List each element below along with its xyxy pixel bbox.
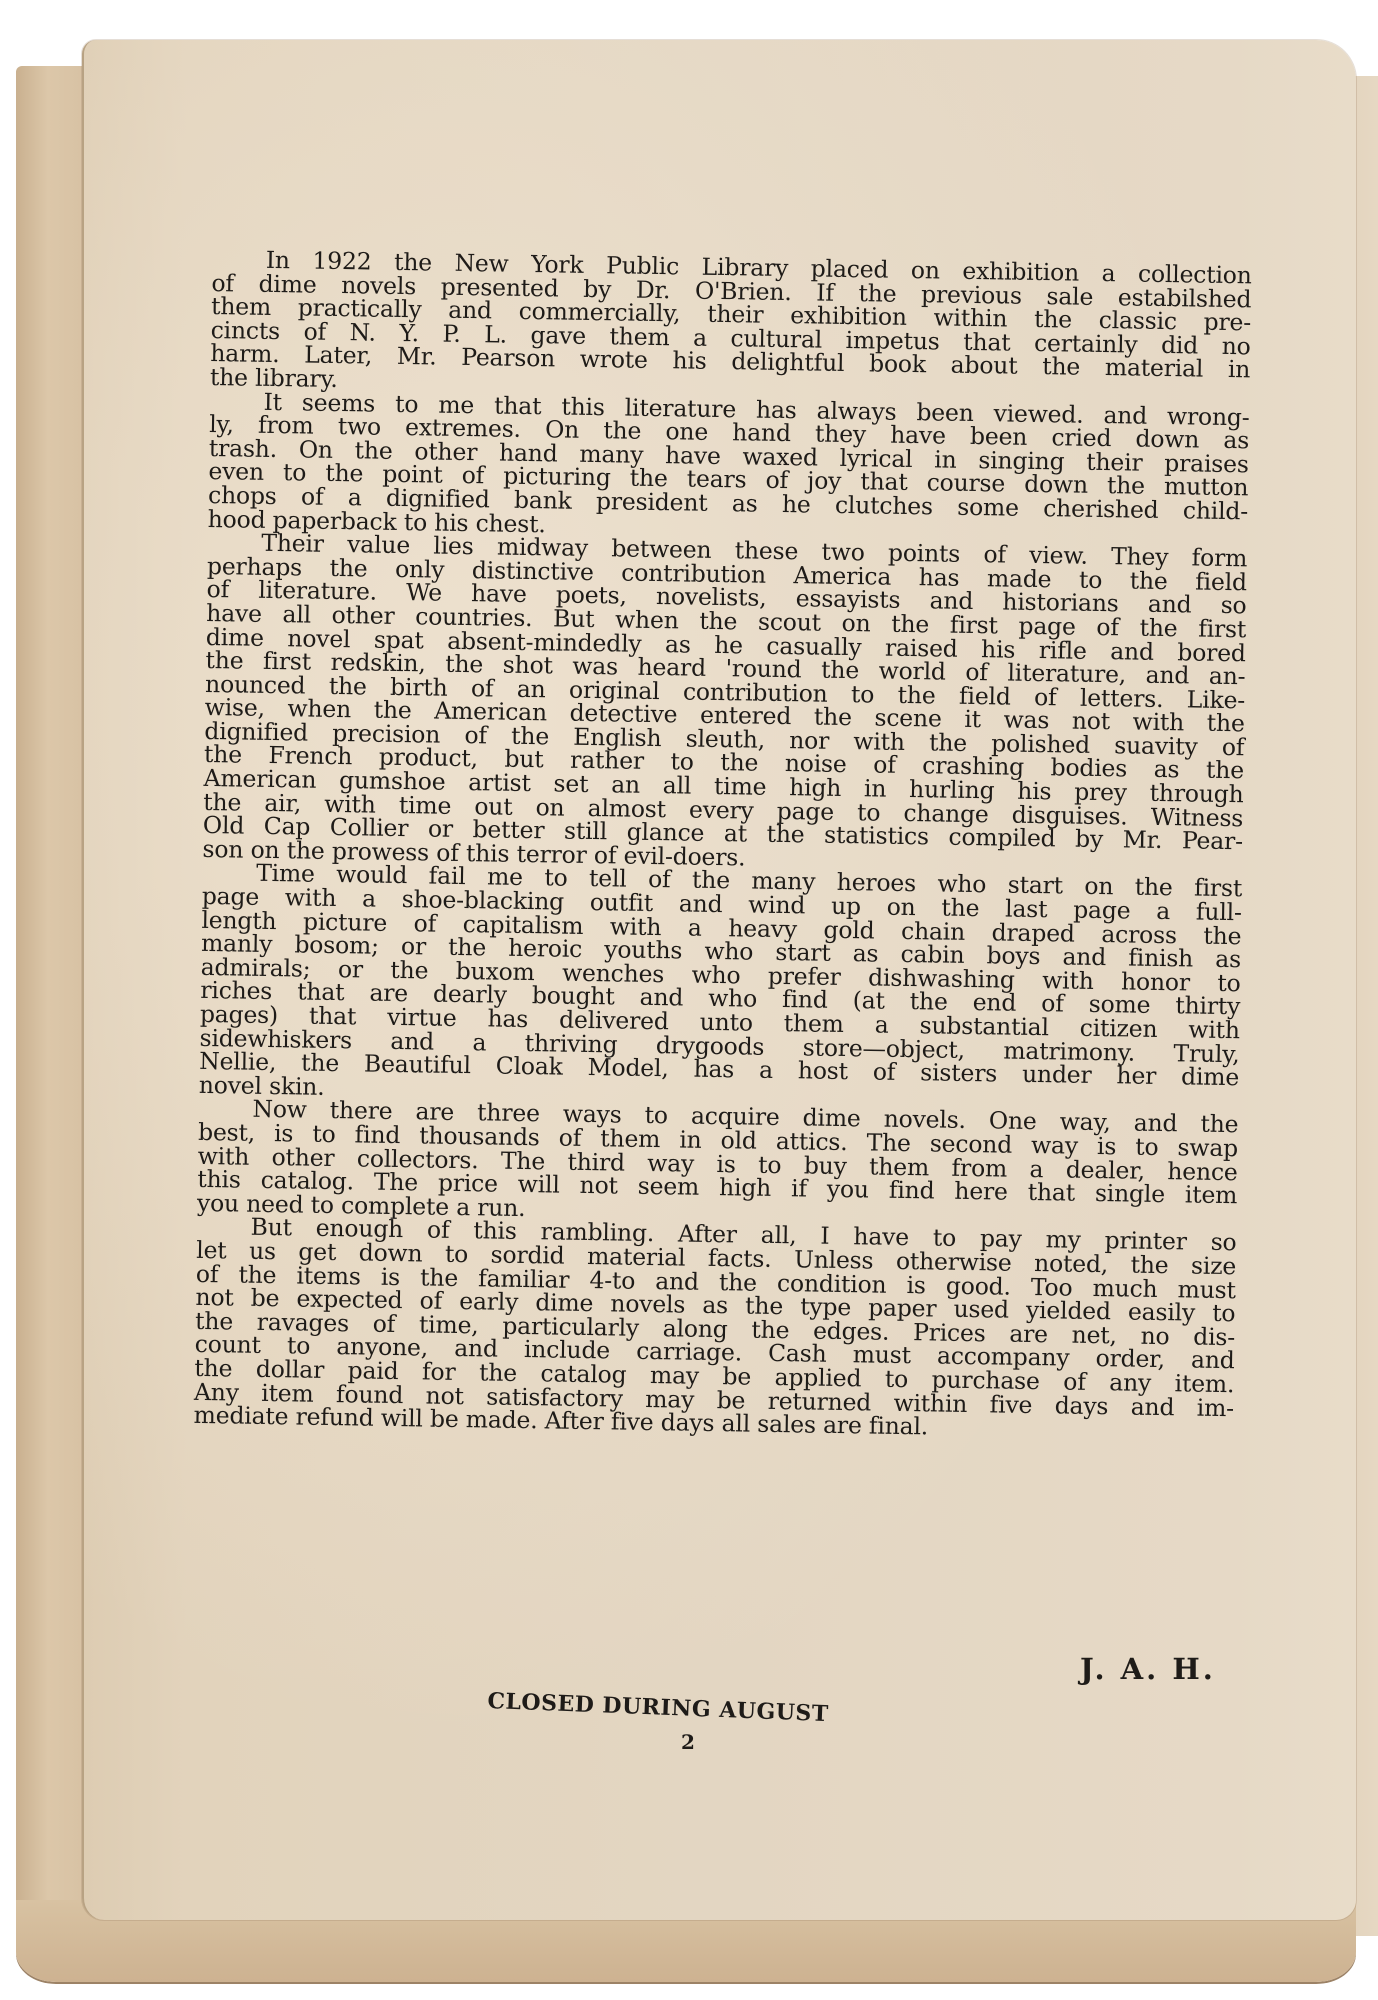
paragraph-value-midway: Their value lies midway between these tw…	[202, 531, 1247, 878]
paragraph-terms-of-sale: But enough of this rambling. After all, …	[193, 1215, 1236, 1444]
paragraph-three-ways: Now there are three ways to acquire dime…	[197, 1097, 1239, 1231]
paragraph-two-extremes: It seems to me that this literature has …	[208, 390, 1250, 548]
author-signature: J. A. H.	[1080, 1652, 1216, 1686]
page-number: 2	[681, 1730, 695, 1754]
paragraph-many-heroes: Time would fail me to tell of the many h…	[199, 861, 1243, 1113]
paragraph-nypl-exhibition: In 1922 the New York Public Library plac…	[210, 248, 1252, 406]
body-text: In 1922 the New York Public Library plac…	[193, 248, 1251, 1444]
